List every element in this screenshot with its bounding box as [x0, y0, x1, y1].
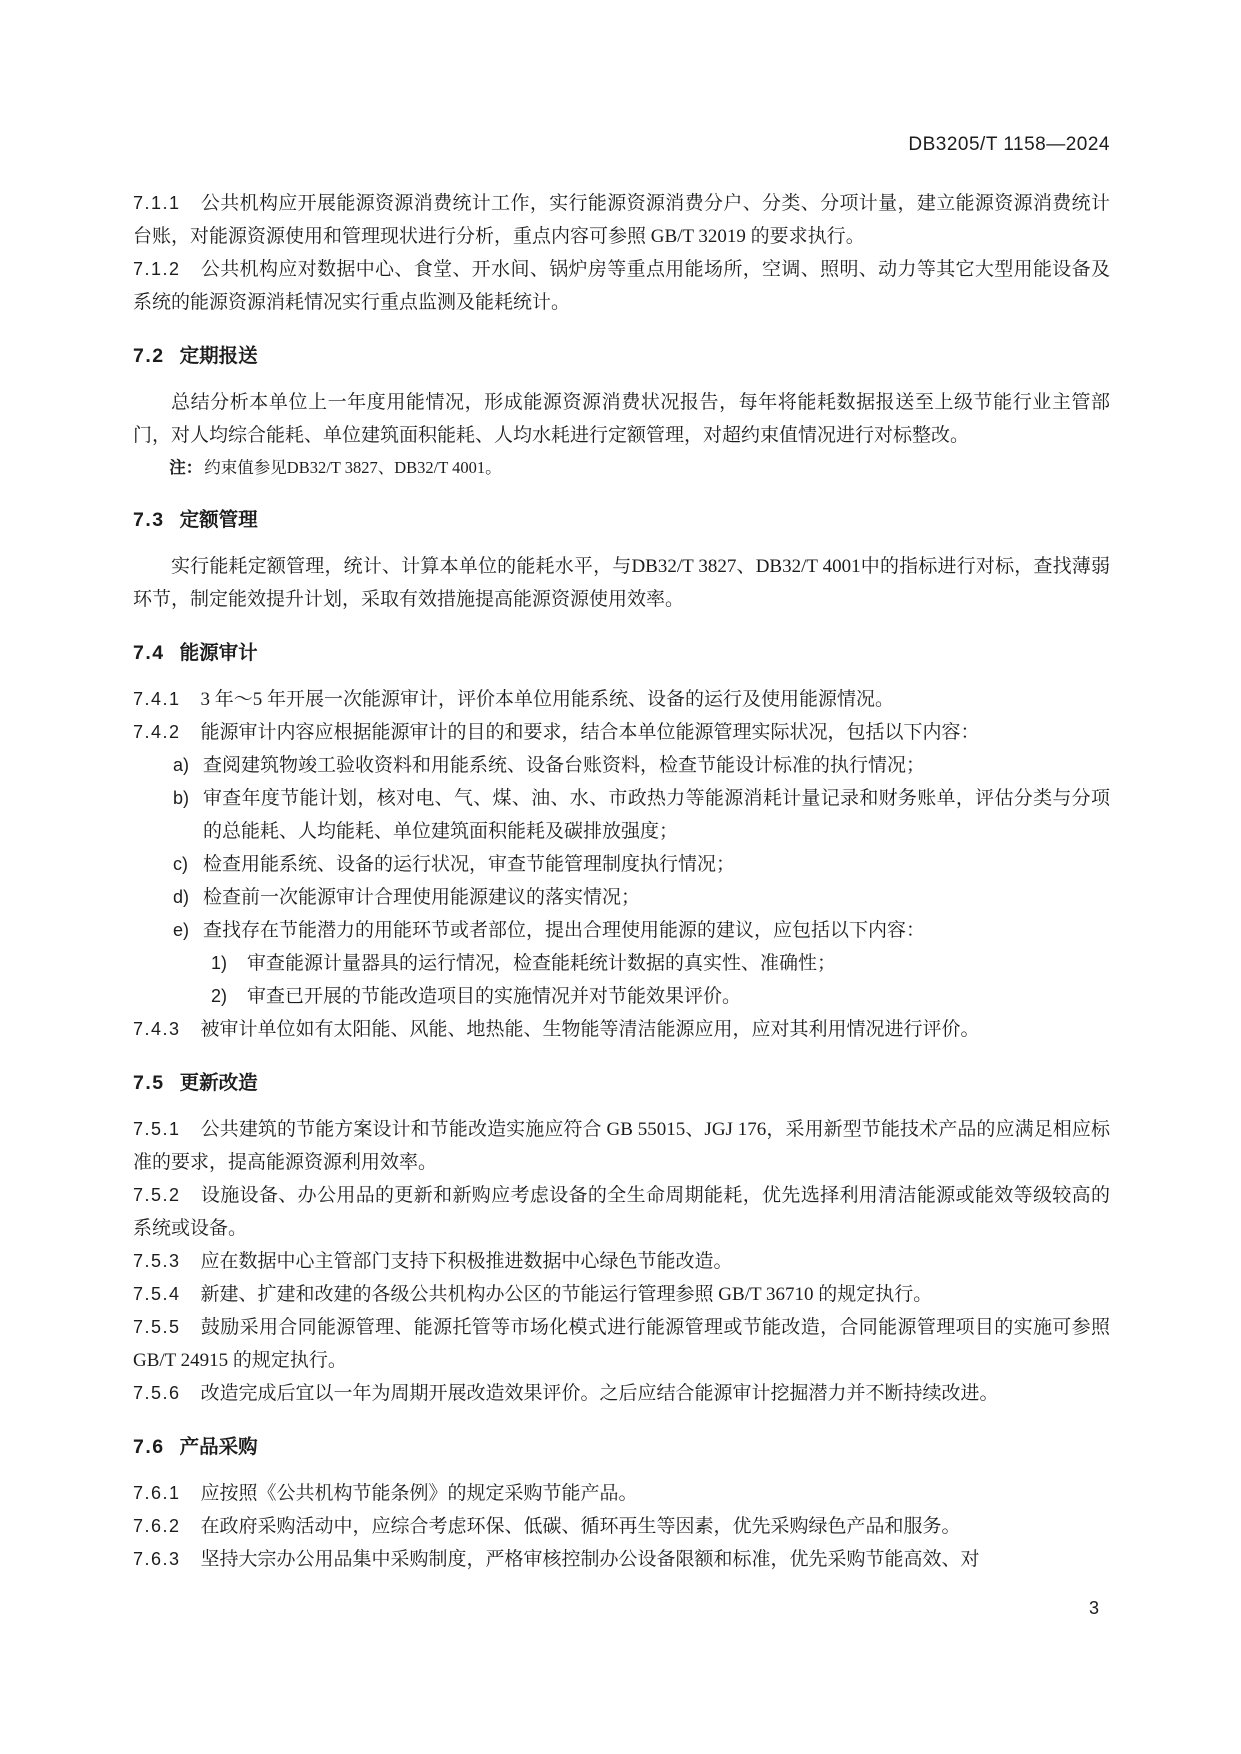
sublist-label: 2) — [211, 980, 247, 1013]
clause-text: 设施设备、办公用品的更新和新购应考虑设备的全生命周期能耗，优先选择利用清洁能源或… — [133, 1185, 1110, 1239]
clause-7.5.1: 7.5.1公共建筑的节能方案设计和节能改造实施应符合 GB 55015、JGJ … — [133, 1113, 1110, 1179]
clause-text: 新建、扩建和改建的各级公共机构办公区的节能运行管理参照 GB/T 36710 的… — [201, 1284, 933, 1305]
clause-7.6.3: 7.6.3坚持大宗办公用品集中采购制度，严格审核控制办公设备限额和标准，优先采购… — [133, 1543, 1110, 1576]
list-label: c) — [173, 848, 203, 881]
clause-7.1.2: 7.1.2公共机构应对数据中心、食堂、开水间、锅炉房等重点用能场所，空调、照明、… — [133, 253, 1110, 319]
list-label: d) — [173, 881, 203, 914]
list-item-a: a)查阅建筑物竣工验收资料和用能系统、设备台账资料，检查节能设计标准的执行情况； — [133, 749, 1110, 782]
note: 注：约束值参见DB32/T 3827、DB32/T 4001。 — [133, 453, 1110, 483]
clause-7.1.1: 7.1.1公共机构应开展能源资源消费统计工作，实行能源资源消费分户、分类、分项计… — [133, 187, 1110, 253]
paragraph: 实行能耗定额管理，统计、计算本单位的能耗水平，与DB32/T 3827、DB32… — [133, 550, 1110, 616]
section-number: 7.4 — [133, 642, 165, 664]
clause-7.4.1: 7.4.13 年～5 年开展一次能源审计，评价本单位用能系统、设备的运行及使用能… — [133, 683, 1110, 716]
clause-number: 7.6.3 — [133, 1549, 181, 1569]
clause-text: 3 年～5 年开展一次能源审计，评价本单位用能系统、设备的运行及使用能源情况。 — [201, 689, 895, 710]
section-number: 7.5 — [133, 1072, 165, 1094]
list-text: 检查用能系统、设备的运行状况，审查节能管理制度执行情况； — [203, 848, 1110, 881]
clause-text: 应在数据中心主管部门支持下积极推进数据中心绿色节能改造。 — [201, 1251, 733, 1272]
section-number: 7.3 — [133, 509, 165, 531]
doc-number: DB3205/T 1158—2024 — [133, 128, 1110, 161]
clause-text: 公共机构应开展能源资源消费统计工作，实行能源资源消费分户、分类、分项计量，建立能… — [133, 193, 1110, 247]
clause-7.5.5: 7.5.5鼓励采用合同能源管理、能源托管等市场化模式进行能源管理或节能改造，合同… — [133, 1311, 1110, 1377]
note-text: 约束值参见DB32/T 3827、DB32/T 4001。 — [204, 458, 501, 477]
list-text: 检查前一次能源审计合理使用能源建议的落实情况； — [203, 881, 1110, 914]
clause-number: 7.1.1 — [133, 193, 181, 213]
clause-7.6.2: 7.6.2在政府采购活动中，应综合考虑环保、低碳、循环再生等因素，优先采购绿色产… — [133, 1510, 1110, 1543]
clause-7.4.3: 7.4.3被审计单位如有太阳能、风能、地热能、生物能等清洁能源应用，应对其利用情… — [133, 1013, 1110, 1046]
document-page: DB3205/T 1158—2024 7.1.1公共机构应开展能源资源消费统计工… — [0, 0, 1241, 1754]
clause-text: 公共机构应对数据中心、食堂、开水间、锅炉房等重点用能场所，空调、照明、动力等其它… — [133, 259, 1110, 313]
clause-number: 7.5.3 — [133, 1251, 181, 1271]
clause-number: 7.1.2 — [133, 259, 181, 279]
section-title: 能源审计 — [180, 642, 258, 664]
clause-7.5.3: 7.5.3应在数据中心主管部门支持下积极推进数据中心绿色节能改造。 — [133, 1245, 1110, 1278]
clause-number: 7.6.1 — [133, 1483, 181, 1503]
clause-number: 7.4.3 — [133, 1019, 181, 1039]
sublist-text: 审查已开展的节能改造项目的实施情况并对节能效果评价。 — [247, 980, 1110, 1013]
sublist-item-1: 1)审查能源计量器具的运行情况，检查能耗统计数据的真实性、准确性； — [133, 947, 1110, 980]
clause-number: 7.5.5 — [133, 1317, 181, 1337]
paragraph: 总结分析本单位上一年度用能情况，形成能源资源消费状况报告，每年将能耗数据报送至上… — [133, 386, 1110, 452]
list-text: 查找存在节能潜力的用能环节或者部位，提出合理使用能源的建议，应包括以下内容： — [203, 914, 1110, 947]
section-heading-7.3: 7.3定额管理 — [133, 504, 1110, 537]
list-label: a) — [173, 749, 203, 782]
clause-7.5.4: 7.5.4新建、扩建和改建的各级公共机构办公区的节能运行管理参照 GB/T 36… — [133, 1278, 1110, 1311]
section-title: 产品采购 — [180, 1436, 258, 1458]
note-label: 注： — [169, 458, 202, 477]
clause-number: 7.6.2 — [133, 1516, 181, 1536]
list-label: e) — [173, 914, 203, 947]
list-item-b: b)审查年度节能计划，核对电、气、煤、油、水、市政热力等能源消耗计量记录和财务账… — [133, 782, 1110, 848]
clause-text: 改造完成后宜以一年为周期开展改造效果评价。之后应结合能源审计挖掘潜力并不断持续改… — [201, 1383, 999, 1404]
clause-7.5.2: 7.5.2设施设备、办公用品的更新和新购应考虑设备的全生命周期能耗，优先选择利用… — [133, 1179, 1110, 1245]
clause-number: 7.5.4 — [133, 1284, 181, 1304]
clause-text: 应按照《公共机构节能条例》的规定采购节能产品。 — [201, 1483, 638, 1504]
section-heading-7.5: 7.5更新改造 — [133, 1067, 1110, 1100]
sublist-text: 审查能源计量器具的运行情况，检查能耗统计数据的真实性、准确性； — [247, 947, 1110, 980]
list-text: 查阅建筑物竣工验收资料和用能系统、设备台账资料，检查节能设计标准的执行情况； — [203, 749, 1110, 782]
clause-text: 被审计单位如有太阳能、风能、地热能、生物能等清洁能源应用，应对其利用情况进行评价… — [201, 1019, 980, 1040]
list-item-e: e)查找存在节能潜力的用能环节或者部位，提出合理使用能源的建议，应包括以下内容： — [133, 914, 1110, 947]
list-label: b) — [173, 782, 203, 848]
section-title: 定额管理 — [180, 509, 258, 531]
clause-number: 7.4.1 — [133, 689, 181, 709]
clause-7.5.6: 7.5.6改造完成后宜以一年为周期开展改造效果评价。之后应结合能源审计挖掘潜力并… — [133, 1377, 1110, 1410]
clause-text: 能源审计内容应根据能源审计的目的和要求，结合本单位能源管理实际状况，包括以下内容… — [201, 722, 980, 743]
section-heading-7.4: 7.4能源审计 — [133, 637, 1110, 670]
list-item-c: c)检查用能系统、设备的运行状况，审查节能管理制度执行情况； — [133, 848, 1110, 881]
clause-number: 7.5.6 — [133, 1383, 181, 1403]
section-number: 7.2 — [133, 345, 165, 367]
clause-number: 7.5.2 — [133, 1185, 181, 1205]
section-title: 定期报送 — [180, 345, 258, 367]
list-text: 审查年度节能计划，核对电、气、煤、油、水、市政热力等能源消耗计量记录和财务账单，… — [203, 782, 1110, 848]
clause-text: 坚持大宗办公用品集中采购制度，严格审核控制办公设备限额和标准，优先采购节能高效、… — [201, 1549, 980, 1570]
section-heading-7.6: 7.6产品采购 — [133, 1431, 1110, 1464]
clause-text: 鼓励采用合同能源管理、能源托管等市场化模式进行能源管理或节能改造，合同能源管理项… — [133, 1317, 1110, 1371]
list-item-d: d)检查前一次能源审计合理使用能源建议的落实情况； — [133, 881, 1110, 914]
section-title: 更新改造 — [180, 1072, 258, 1094]
clause-7.4.2: 7.4.2能源审计内容应根据能源审计的目的和要求，结合本单位能源管理实际状况，包… — [133, 716, 1110, 749]
clause-7.6.1: 7.6.1应按照《公共机构节能条例》的规定采购节能产品。 — [133, 1477, 1110, 1510]
clause-number: 7.4.2 — [133, 722, 181, 742]
clause-number: 7.5.1 — [133, 1119, 181, 1139]
page-number: 3 — [133, 1592, 1110, 1625]
section-heading-7.2: 7.2定期报送 — [133, 340, 1110, 373]
clause-text: 公共建筑的节能方案设计和节能改造实施应符合 GB 55015、JGJ 176，采… — [133, 1119, 1110, 1173]
section-number: 7.6 — [133, 1436, 165, 1458]
sublist-item-2: 2)审查已开展的节能改造项目的实施情况并对节能效果评价。 — [133, 980, 1110, 1013]
clause-text: 在政府采购活动中，应综合考虑环保、低碳、循环再生等因素，优先采购绿色产品和服务。 — [201, 1516, 961, 1537]
sublist-label: 1) — [211, 947, 247, 980]
